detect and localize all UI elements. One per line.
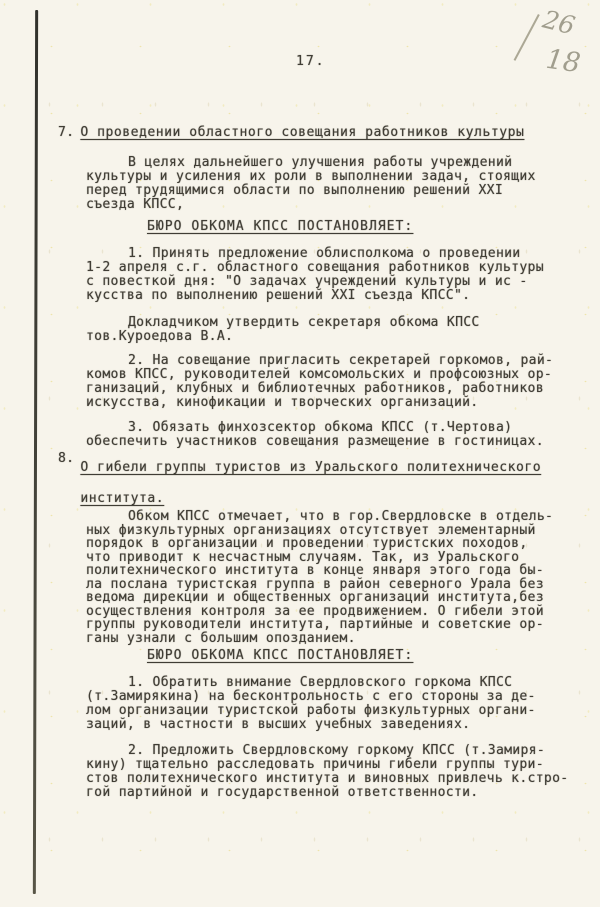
section-8-paragraph-2: 2. Предложить Свердловскому горкому КПСС… (86, 744, 591, 800)
scanned-document-page: 17. 26 18 7. О проведении областного сов… (0, 0, 600, 907)
section-8-heading: 8. О гибели группы туристов из Уральског… (58, 452, 585, 514)
page-number: 17. (296, 55, 325, 69)
page-fold-line (33, 10, 38, 894)
section-8-number: 8. (58, 452, 74, 514)
section-8-intro-paragraph: Обком КПСС отмечает, что в гор.Свердловс… (86, 510, 591, 645)
handwritten-mark-bottom: 18 (544, 44, 582, 79)
section-7-intro-paragraph: В целях дальнейшего улучшения работы учр… (86, 156, 591, 212)
section-8-paragraph-1: 1. Обратить внимание Свердловского горко… (86, 676, 591, 732)
section-7-paragraph-1: 1. Принять предложение облисполкома о пр… (86, 247, 591, 303)
section-7-resolution-heading: БЮРО ОБКОМА КПСС ПОСТАНОВЛЯЕТ: (147, 220, 413, 234)
section-7-number: 7. (58, 126, 74, 140)
handwritten-mark-top: 26 (540, 5, 578, 41)
section-7-heading: 7. О проведении областного совещания раб… (58, 126, 524, 140)
section-8-title: О гибели группы туристов из Уральского п… (80, 452, 585, 514)
handwritten-slash-stroke (514, 14, 540, 61)
section-7-paragraph-4: 3. Обязать финхозсектор обкома КПСС (т.Ч… (86, 421, 591, 449)
section-7-paragraph-2: Докладчиком утвердить секретаря обкома К… (86, 316, 591, 344)
section-7-paragraph-3: 2. На совещание пригласить секретарей го… (86, 354, 591, 410)
section-8-resolution-heading: БЮРО ОБКОМА КПСС ПОСТАНОВЛЯЕТ: (147, 649, 413, 663)
section-7-title: О проведении областного совещания работн… (80, 126, 524, 140)
